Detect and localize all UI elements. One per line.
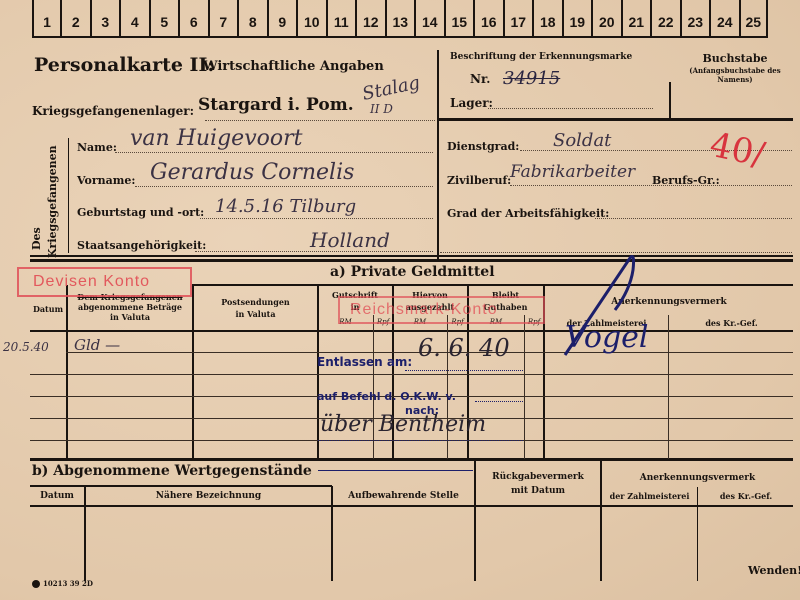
entlassen-value: 6. 6. 40 <box>418 334 510 362</box>
number-cell: 22 <box>650 0 680 36</box>
nationality-value: Holland <box>310 228 390 252</box>
dotline <box>510 185 792 186</box>
blue-rule <box>318 470 473 471</box>
number-cell: 17 <box>503 0 533 36</box>
print-code: 10213 39 2D <box>43 579 93 588</box>
row-line <box>30 374 793 375</box>
camp-label: Kriegsgefangenenlager: <box>32 104 194 118</box>
side-label-1: Des <box>30 227 43 250</box>
number-cell: 2 <box>60 0 90 36</box>
b-col-anerkennung: Anerkennungsvermerk <box>602 473 793 483</box>
card-title: Personalkarte II: <box>34 54 214 76</box>
lager-label: Lager: <box>450 96 493 110</box>
rank-value: Soldat <box>553 130 611 151</box>
number-cell: 24 <box>709 0 739 36</box>
number-cell: 8 <box>237 0 267 36</box>
number-cell: 9 <box>267 0 297 36</box>
birth-label: Geburtstag und -ort: <box>77 206 204 219</box>
work-label: Grad der Arbeitsfähigkeit: <box>447 207 609 220</box>
nr-value: 34915 <box>503 68 560 89</box>
b-col-krgef: des Kr.-Gef. <box>699 491 793 501</box>
number-cell: 14 <box>414 0 444 36</box>
divider <box>30 255 793 257</box>
col-post-2: in Valuta <box>194 309 317 319</box>
col-line <box>668 315 669 459</box>
printer-mark-icon <box>32 580 40 588</box>
signature-stroke-icon <box>555 250 655 360</box>
col-abgenommen-3: in Valuta <box>68 312 192 322</box>
b-col-datum: Datum <box>30 491 84 501</box>
col-abgenommen-2: abgenommene Beträge <box>68 302 192 312</box>
name-label: Name: <box>77 141 117 154</box>
camp-dotline <box>205 120 435 121</box>
divider <box>30 259 793 262</box>
rank-label: Dienstgrad: <box>447 140 519 153</box>
number-cell: 19 <box>562 0 592 36</box>
row1-datum: 20.5.40 <box>3 340 49 354</box>
divider <box>30 330 793 332</box>
dotline <box>475 401 523 402</box>
number-cell: 23 <box>680 0 710 36</box>
name-value: van Huigevoort <box>130 126 302 151</box>
profgroup-label: Berufs-Gr.: <box>652 174 720 187</box>
vorname-label: Vorname: <box>77 174 135 187</box>
nr-label: Nr. <box>470 72 490 86</box>
number-cell: 1 <box>32 0 60 36</box>
camp-handwritten-2: II D <box>370 102 393 116</box>
section-b-title: b) Abgenommene Wertgegenstände <box>32 463 312 479</box>
vorname-value: Gerardus Cornelis <box>150 160 354 185</box>
b-col-bezeichnung: Nähere Bezeichnung <box>86 491 331 501</box>
nach-value: über Bentheim <box>320 412 486 437</box>
b-col-rueckgabe-2: mit Datum <box>476 486 600 496</box>
divider <box>669 82 671 120</box>
card-subtitle: Wirtschaftliche Angaben <box>203 59 384 74</box>
number-strip: 1234567891011121314151617181920212223242… <box>32 0 768 38</box>
col-datum: Datum <box>30 304 66 314</box>
dotline <box>318 440 523 441</box>
number-cell: 25 <box>739 0 769 36</box>
entlassen-label: Entlassen am: <box>317 355 412 369</box>
col-post-1: Postsendungen <box>194 297 317 307</box>
number-cell: 11 <box>326 0 356 36</box>
divider <box>30 458 793 461</box>
b-col-stelle: Aufbewahrende Stelle <box>333 491 474 501</box>
number-cell: 12 <box>355 0 385 36</box>
dotline <box>595 218 792 219</box>
dotline <box>405 370 523 371</box>
number-cell: 3 <box>90 0 120 36</box>
turn-label: Wenden! <box>748 564 800 577</box>
number-cell: 7 <box>208 0 238 36</box>
dotline <box>200 218 433 219</box>
col-line <box>524 315 525 459</box>
number-cell: 15 <box>444 0 474 36</box>
col-line <box>373 315 374 459</box>
civil-label: Zivilberuf: <box>447 174 511 187</box>
birth-value: 14.5.16 Tilburg <box>215 196 356 217</box>
letter-label: Buchstabe <box>680 52 790 65</box>
number-cell: 13 <box>385 0 415 36</box>
b-col-rueckgabe-1: Rückgabevermerk <box>476 472 600 482</box>
row1-betrag: Gld — <box>74 336 120 354</box>
col-krgef: des Kr.-Gef. <box>670 318 793 328</box>
divider <box>437 50 439 260</box>
divider <box>30 485 332 487</box>
lager-dotline <box>488 108 653 109</box>
section-a-title: a) Private Geldmittel <box>330 264 495 280</box>
devisen-konto-stamp: Devisen Konto <box>17 267 192 297</box>
befehl-label: auf Befehl d. O.K.W. v. <box>317 390 456 403</box>
number-cell: 5 <box>149 0 179 36</box>
divider <box>30 505 793 507</box>
b-col-zahlmeisterei: der Zahlmeisterei <box>602 491 697 501</box>
number-cell: 18 <box>532 0 562 36</box>
number-cell: 10 <box>296 0 326 36</box>
side-label-2: Kriegsgefangenen <box>46 145 59 258</box>
id-tag-label: Beschriftung der Erkennungsmarke <box>450 52 632 62</box>
divider <box>192 284 793 286</box>
number-cell: 4 <box>119 0 149 36</box>
letter-sublabel: (Anfangsbuchstabe des Namens) <box>672 66 798 84</box>
divider <box>438 118 793 121</box>
reichsmark-konto-stamp: Reichsmark-Konto <box>338 296 545 324</box>
number-cell: 6 <box>178 0 208 36</box>
number-cell: 21 <box>621 0 651 36</box>
civil-value: Fabrikarbeiter <box>510 162 635 182</box>
number-cell: 16 <box>473 0 503 36</box>
divider <box>68 138 69 253</box>
col-line <box>697 487 698 581</box>
camp-handwritten: Stalag <box>360 72 421 105</box>
camp-value: Stargard i. Pom. <box>198 95 354 115</box>
dotline <box>135 186 433 187</box>
number-cell: 20 <box>591 0 621 36</box>
nationality-label: Staatsangehörigkeit: <box>77 239 206 252</box>
profgroup-value: 40/ <box>706 125 768 176</box>
dotline <box>115 152 433 153</box>
